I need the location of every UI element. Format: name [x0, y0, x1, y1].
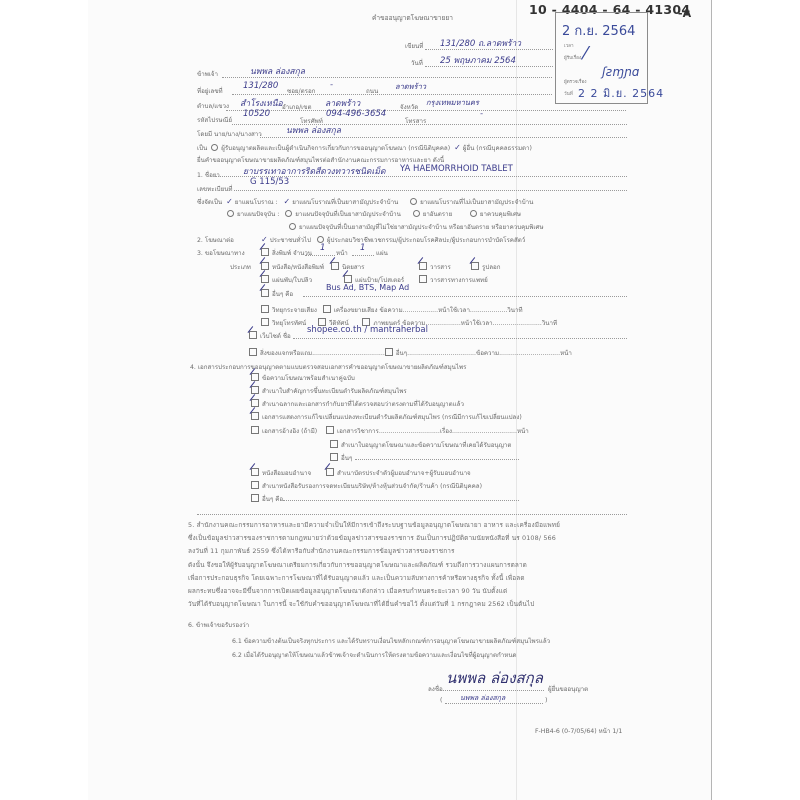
drug-name-label: 1. ชื่อยา — [197, 170, 220, 180]
date-label: วันที่ — [411, 58, 423, 68]
id-copy-checkbox[interactable] — [326, 468, 334, 476]
loudspeaker-checkbox[interactable] — [323, 305, 331, 313]
section4-other-row: อื่นๆ คือ — [251, 494, 283, 504]
printed-name-close-paren: ) — [545, 697, 547, 704]
company-cert-row: สำเนาหนังสือรับรองการจดทะเบียนบริษัท/ห้า… — [251, 481, 482, 491]
reference-doc-row: เอกสารอ้างอิง (ถ้ามี) — [251, 426, 317, 436]
prev-license-checkbox[interactable] — [330, 440, 338, 448]
website-checkbox[interactable] — [249, 331, 257, 339]
poa-checkbox[interactable] — [251, 468, 259, 476]
stamp-date-label: วันที่ — [564, 91, 573, 98]
media-checkbox[interactable] — [331, 262, 339, 270]
section6-item-1: 6.1 ข้อความข้างต้นเป็นจริงทุกประการ และไ… — [232, 636, 550, 646]
mod-opt-4-radio[interactable] — [289, 223, 296, 230]
check-mark-icon[interactable]: ✓ — [226, 197, 233, 206]
giveaway-row: สิ่งของแจกหรือแถม.......................… — [249, 348, 572, 358]
ref-other-row: อื่นๆ — [330, 453, 352, 463]
section4-label: 4. เอกสารประกอบการขออนุญาตตามแบบตรวจสอบเ… — [190, 362, 466, 372]
reference-checkbox[interactable] — [251, 426, 259, 434]
representative-name: นพพล ล่องสกุล — [286, 123, 341, 137]
prev-license-row: สำเนาใบอนุญาตโฆษณาและข้อความโฆษณาที่เคยไ… — [330, 440, 511, 450]
registration-number: G 115/53 — [250, 177, 289, 187]
ref-other-checkbox[interactable] — [330, 453, 338, 461]
academic-doc-row: เอกสารวิชาการ...........................… — [326, 426, 529, 436]
doc-item-4: เอกสารแสดงการแก้ไขเปลี่ยนแปลงทะเบียนตำรั… — [251, 412, 522, 422]
postcode-label: รหัสไปรษณีย์ — [197, 115, 232, 125]
applicant-type-radio-1[interactable] — [211, 144, 218, 151]
receiver-label: ผู้รับเรื่อง — [564, 55, 581, 62]
mod-opt-1-radio[interactable] — [285, 210, 292, 217]
applicant-type-row: เป็น ผู้รับอนุญาตผลิตและเป็นผู้ดำเนินกิจ… — [197, 143, 532, 153]
print-checkbox[interactable] — [261, 248, 269, 256]
subdistrict-value: สำโรงเหนือ — [240, 96, 283, 110]
audience-row: ✓ประชาชนทั่วไป ผู้ประกอบวิชาชีพเวชกรรม/ผ… — [261, 235, 525, 245]
tv-checkbox[interactable] — [261, 318, 269, 326]
media-checkbox[interactable] — [344, 275, 352, 283]
mod-opt-3-radio[interactable] — [470, 210, 477, 217]
section6-label: 6. ข้าพเจ้าขอรับรองว่า — [188, 620, 249, 630]
media-checkbox[interactable] — [419, 262, 427, 270]
modern-drug-row: ยาแผนปัจจุบัน : ยาแผนปัจจุบันที่เป็นยาสา… — [227, 209, 521, 219]
print-row: สิ่งพิมพ์ จำนวน — [261, 248, 312, 258]
media-checkbox[interactable] — [261, 275, 269, 283]
media-other-row: อื่นๆ คือ — [261, 289, 293, 299]
signature: นพพล ล่องสกุล — [446, 666, 543, 690]
academic-checkbox[interactable] — [326, 426, 334, 434]
drug-name-en: YA HAEMORRHOID TABLET — [400, 164, 513, 174]
doc-item-2: สำเนาใบสำคัญการขึ้นทะเบียนตำรับผลิตภัณฑ์… — [251, 386, 407, 396]
radio-broadcast-checkbox[interactable] — [261, 305, 269, 313]
website-row: เว็บไซต์ ชื่อ — [249, 331, 291, 341]
media-row-2: แผ่นพับ/ใบปลิว — [261, 275, 312, 285]
applicant-name: นพพล ล่องสกุล — [250, 64, 305, 78]
check-mark-icon[interactable]: ✓ — [283, 197, 290, 206]
media-type-label: ประเภท — [230, 262, 251, 272]
other-media-checkbox[interactable] — [261, 289, 269, 297]
checker-signature: ʃƨɱɲɑ — [602, 65, 639, 79]
company-cert-checkbox[interactable] — [251, 481, 259, 489]
doc-checkbox[interactable] — [251, 386, 259, 394]
received-date: 2 ก.ย. 2564 — [562, 20, 635, 41]
section4-other-checkbox[interactable] — [251, 494, 259, 502]
mod-opt-2-radio[interactable] — [413, 210, 420, 217]
sheets-label: แผ่น — [376, 248, 388, 258]
pages-value: 1 — [360, 243, 365, 253]
check-mark-icon[interactable]: ✓ — [454, 143, 461, 152]
form-code-footer: F-HB4-6 (0-7/05/64) หน้า 1/1 — [535, 726, 622, 736]
doc-checkbox[interactable] — [251, 399, 259, 407]
doc-checkbox[interactable] — [251, 412, 259, 420]
media-checkbox[interactable] — [471, 262, 479, 270]
doc-item-1: ข้อความโฆษณาพร้อมสำเนาคู่ฉบับ — [251, 373, 355, 383]
modern-drug-row-2: ยาแผนปัจจุบันที่เป็นยาสามัญที่ไม่ใช่ยาสา… — [289, 222, 544, 232]
media-row-2c: วารสารทางการแพทย์ — [419, 275, 488, 285]
checked-date: 2 2 มิ.ย. 2564 — [578, 84, 664, 102]
registration-label: เลขทะเบียนที่ — [197, 184, 233, 194]
section5-paragraph: 5. สำนักงานคณะกรรมการอาหารและยามีความจำเ… — [188, 519, 560, 611]
id-copy-row: สำเนาบัตรประจำตัวผู้มอบอำนาจ+ผู้รับมอบอำ… — [326, 468, 471, 478]
other2-checkbox[interactable] — [385, 348, 393, 356]
section6-item-2: 6.2 เมื่อได้รับอนุญาตให้โฆษณาแล้วข้าพเจ้… — [232, 650, 517, 660]
applicant-name-label: ข้าพเจ้า — [197, 69, 218, 79]
fax-value: - — [480, 109, 483, 119]
media-checkbox[interactable] — [261, 262, 269, 270]
section2-label: 2. โฆษณาต่อ — [197, 235, 234, 245]
document-title: คำขออนุญาตโฆษณาขายยา — [372, 12, 453, 23]
date-value: 25 พฤษภาคม 2564 — [440, 53, 516, 67]
province-value: กรุงเทพมหานคร — [426, 97, 479, 109]
receiver-signature: ⁄ — [584, 43, 587, 64]
address-value: 131/280 — [243, 81, 278, 91]
written-at-label: เขียนที่ — [405, 41, 423, 51]
doc-checkbox[interactable] — [251, 373, 259, 381]
professional-radio[interactable] — [317, 236, 324, 243]
giveaway-checkbox[interactable] — [249, 348, 257, 356]
broadcast-row-1: วิทยุกระจายเสียง เครื่องขยายเสียง ข้อควา… — [261, 305, 523, 315]
written-at-value: 131/280 ถ.ลาดพร้าว — [440, 36, 521, 50]
modern-radio[interactable] — [227, 210, 234, 217]
soi-value: - — [330, 80, 333, 90]
time-label: เวลา — [564, 43, 574, 50]
section3-label: 3. ขอโฆษณาทาง — [197, 248, 245, 258]
doc-item-3: สำเนาฉลากและเอกสารกำกับยาที่ได้ตรวจสอบว่… — [251, 399, 464, 409]
drug-type-row: ซึ่งจัดเป็น ✓ยาแผนโบราณ : ✓ยาแผนโบราณที่… — [197, 197, 533, 207]
road-value: ลาดพร้าว — [395, 81, 426, 93]
media-row-1c: วารสาร — [419, 262, 451, 272]
media-row-1: หนังสือ/หนังสือพิมพ์ — [261, 262, 324, 272]
media-checkbox[interactable] — [419, 275, 427, 283]
address-label: ที่อยู่เลขที่ — [197, 86, 223, 96]
printed-name-open-paren: ( — [440, 697, 442, 704]
phone-value: 094-496-3654 — [326, 109, 386, 119]
media-row-1d: รูปลอก — [471, 262, 501, 272]
print-count: 1 — [320, 243, 325, 253]
reference-suffix: -A — [678, 7, 691, 20]
district-value: ลาดพร้าว — [325, 96, 360, 110]
representative-label: โดยมี นาย/นาง/นางสาว — [197, 129, 262, 139]
other-media-value: Bus Ad, BTS, Map Ad — [326, 283, 409, 292]
pages-label: หน้า — [336, 248, 348, 258]
trad-opt-2-radio[interactable] — [410, 198, 417, 205]
postcode-value: 10520 — [243, 109, 270, 119]
subdistrict-label: ตำบล/แขวง — [197, 101, 229, 111]
website-value: shopee.co.th / mantraherbal — [307, 325, 428, 335]
sign-label: ลงชื่อ — [428, 684, 443, 694]
poa-row: หนังสือมอบอำนาจ — [251, 468, 311, 478]
signer-role-label: ผู้ยื่นขออนุญาต — [548, 684, 588, 694]
